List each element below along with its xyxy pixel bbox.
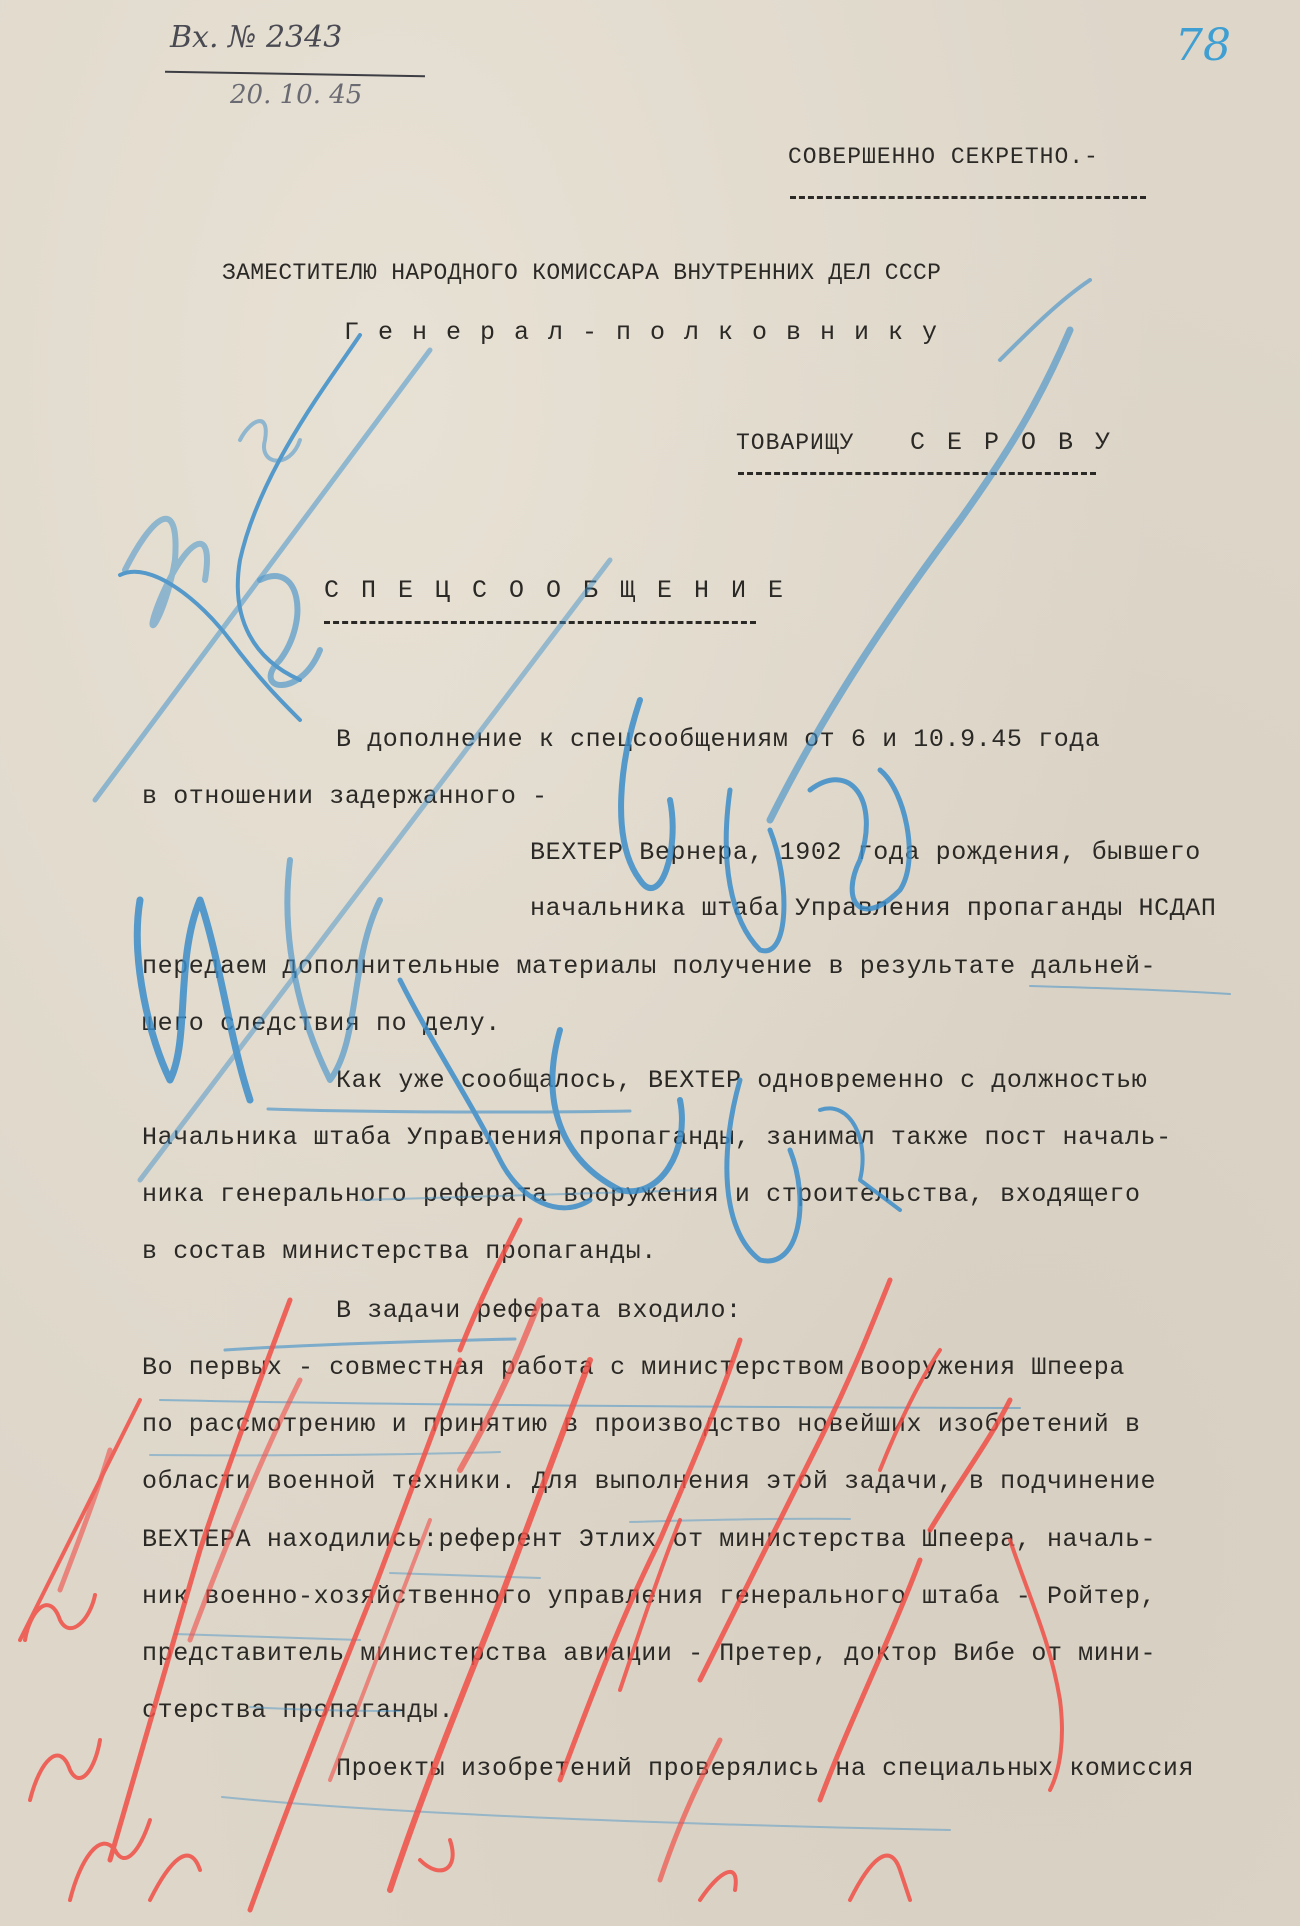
body-line: ВЕХТЕРА находились:референт Этлих от мин… (142, 1527, 1156, 1552)
classification-underline (790, 196, 1146, 199)
body-line: передаем дополнительные материалы получе… (142, 954, 1156, 979)
document-title: СПЕЦСООБЩЕНИЕ (324, 578, 805, 603)
document-page: Вх. № 2343 20. 10. 45 78 СОВЕРШЕННО СЕКР… (0, 0, 1300, 1926)
body-line: Начальника штаба Управления пропаганды, … (142, 1125, 1172, 1150)
addressee-rank: Генерал-полковнику (344, 320, 956, 345)
body-line: В задачи реферата входило: (336, 1298, 742, 1323)
body-line: Как уже сообщалось, ВЕХТЕР одновременно … (336, 1068, 1147, 1093)
body-line: ВЕХТЕР Вернера, 1902 года рождения, бывш… (530, 840, 1201, 865)
registration-underline (165, 71, 425, 78)
body-line: В дополнение к спецсообщениям от 6 и 10.… (336, 727, 1101, 752)
body-line: Во первых - совместная работа с министер… (142, 1355, 1125, 1380)
body-line: ник военно-хозяйственного управления ген… (142, 1584, 1156, 1609)
body-line: Проекты изобретений проверялись на специ… (336, 1756, 1194, 1781)
addressee-name: СЕРОВУ (910, 430, 1132, 455)
addressee-prefix: ТОВАРИЩУ (736, 432, 854, 455)
body-line: представитель министерства авиации - Пре… (142, 1641, 1156, 1666)
registration-date: 20. 10. 45 (230, 80, 362, 110)
body-line: ника генерального реферата вооружения и … (142, 1182, 1141, 1207)
body-line: начальника штаба Управления пропаганды Н… (530, 896, 1217, 921)
body-line: области военной техники. Для выполнения … (142, 1469, 1156, 1494)
body-line: стерства пропаганды. (142, 1698, 454, 1723)
body-line: в отношении задержанного - (142, 784, 548, 809)
incoming-number: Вх. № 2343 (170, 20, 342, 55)
folio-number: 78 (1175, 20, 1231, 71)
addressee-title: ЗАМЕСТИТЕЛЮ НАРОДНОГО КОМИССАРА ВНУТРЕНН… (222, 262, 941, 285)
addressee-underline (738, 472, 1096, 475)
classification-mark: СОВЕРШЕННО СЕКРЕТНО.- (788, 146, 1099, 169)
body-line: по рассмотрению и принятию в производств… (142, 1412, 1141, 1437)
body-line: в состав министерства пропаганды. (142, 1239, 657, 1264)
body-line: шего следствия по делу. (142, 1011, 501, 1036)
title-underline (324, 621, 756, 624)
